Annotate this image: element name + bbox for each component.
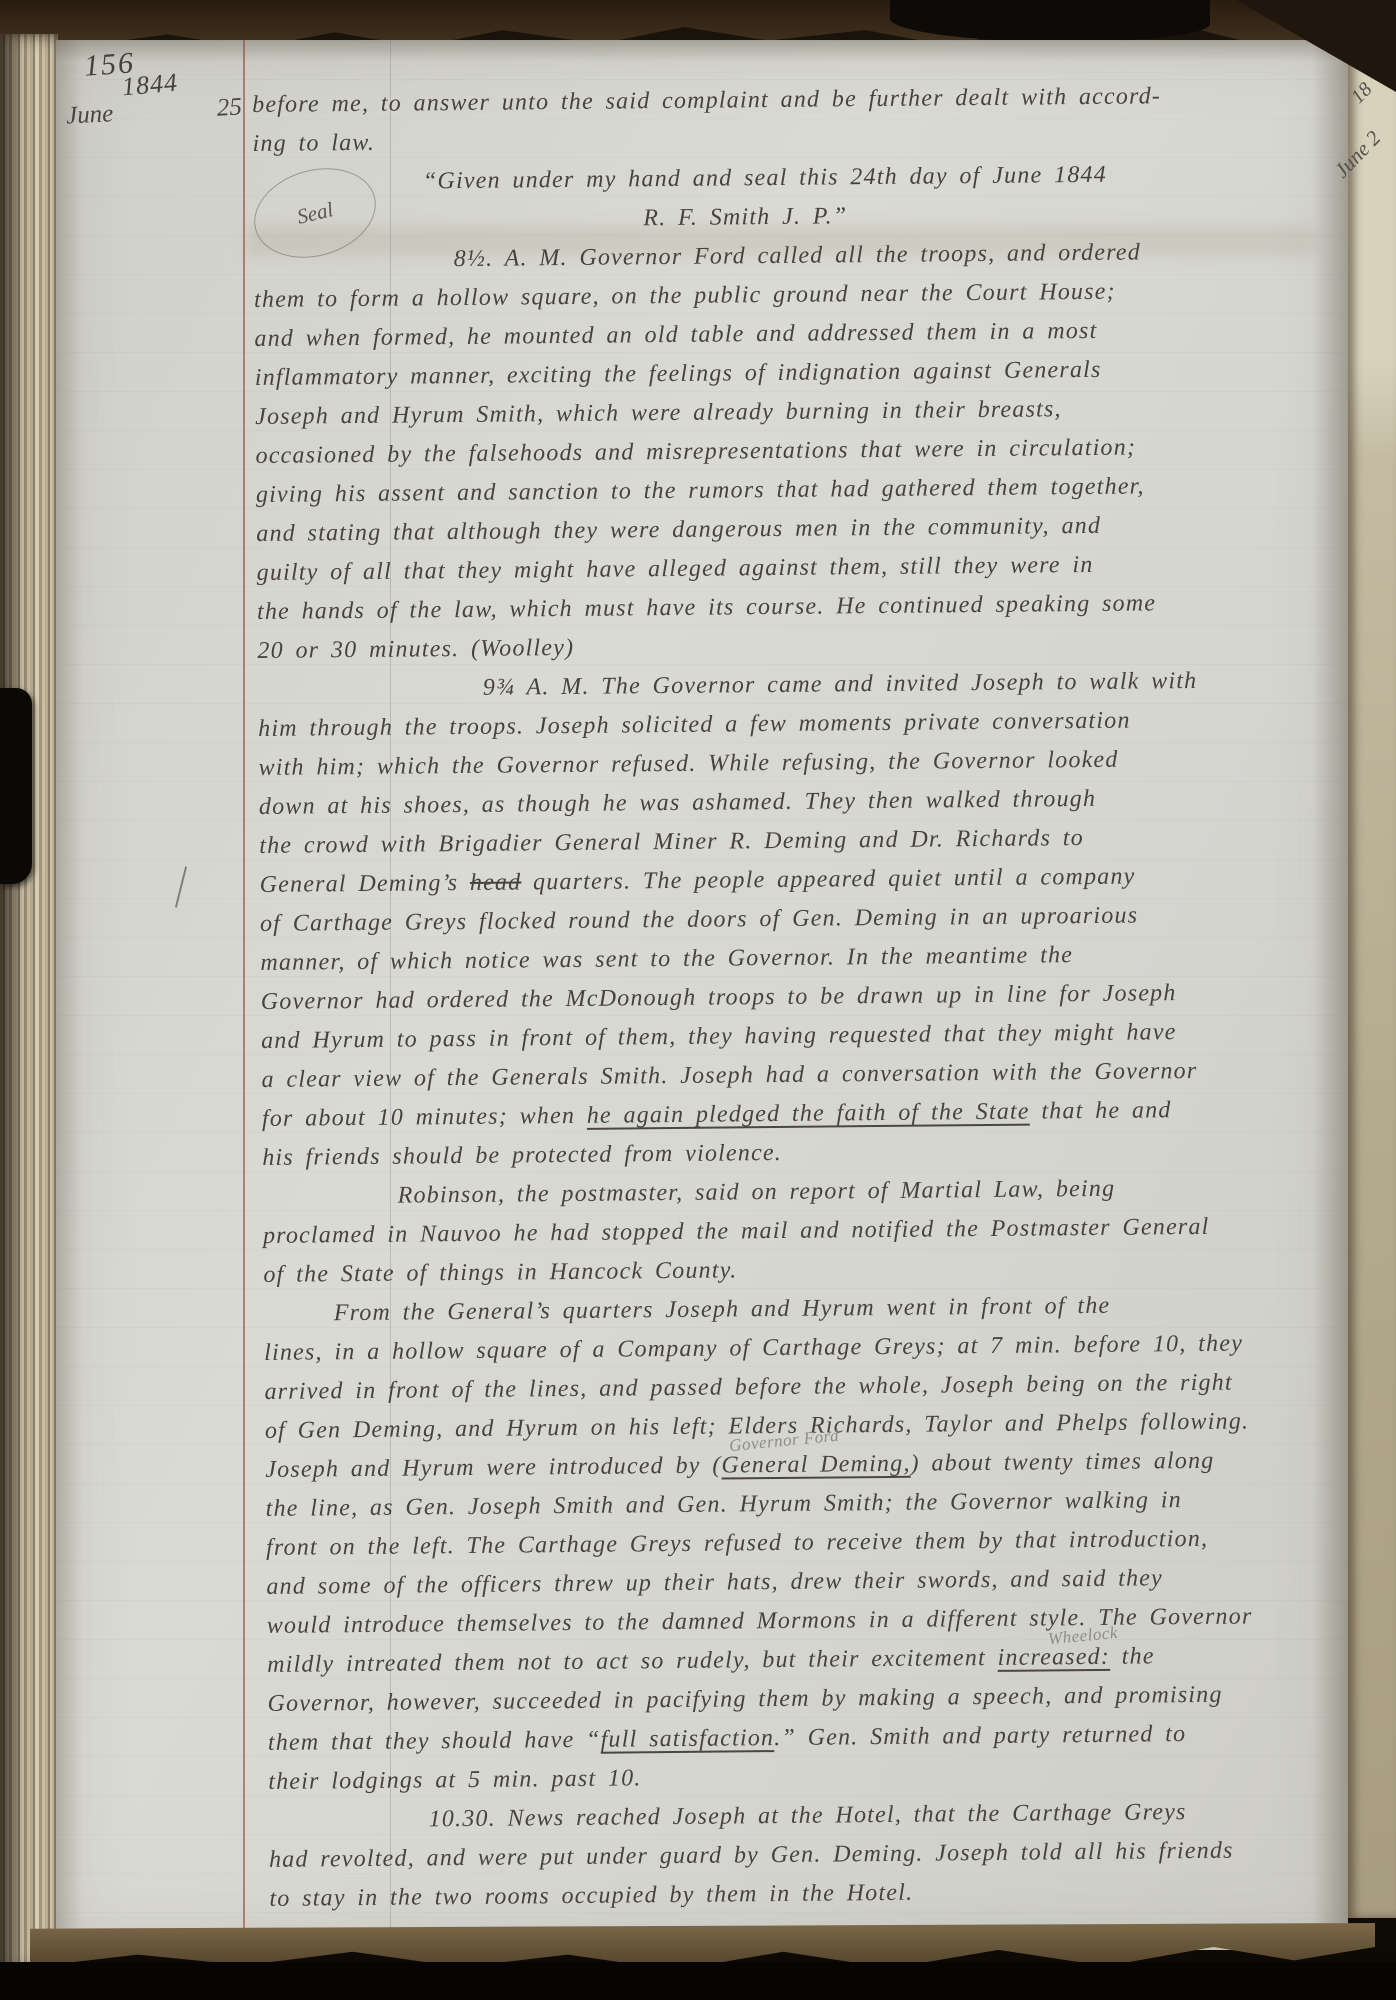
- next-page-edge: [1348, 40, 1396, 1918]
- margin-month: June: [65, 100, 114, 130]
- margin-day: 25: [216, 93, 242, 122]
- red-margin-rule: [243, 40, 245, 1950]
- bottom-shadow: [0, 1962, 1396, 2000]
- bookmark-tab: [0, 688, 32, 884]
- page-stack-left-edge: [0, 34, 58, 1972]
- page-left-shadow: [56, 40, 82, 1950]
- margin-date: June 25: [65, 93, 242, 130]
- manuscript-text: before me, to answer unto the said compl…: [252, 75, 1348, 1918]
- book-spread: 156 1844 June 25 Seal before me, to answ…: [0, 0, 1396, 2000]
- stray-ink-mark: [175, 866, 187, 907]
- page-top-shadow: [56, 40, 1348, 62]
- manuscript-page: 156 1844 June 25 Seal before me, to answ…: [56, 40, 1348, 1950]
